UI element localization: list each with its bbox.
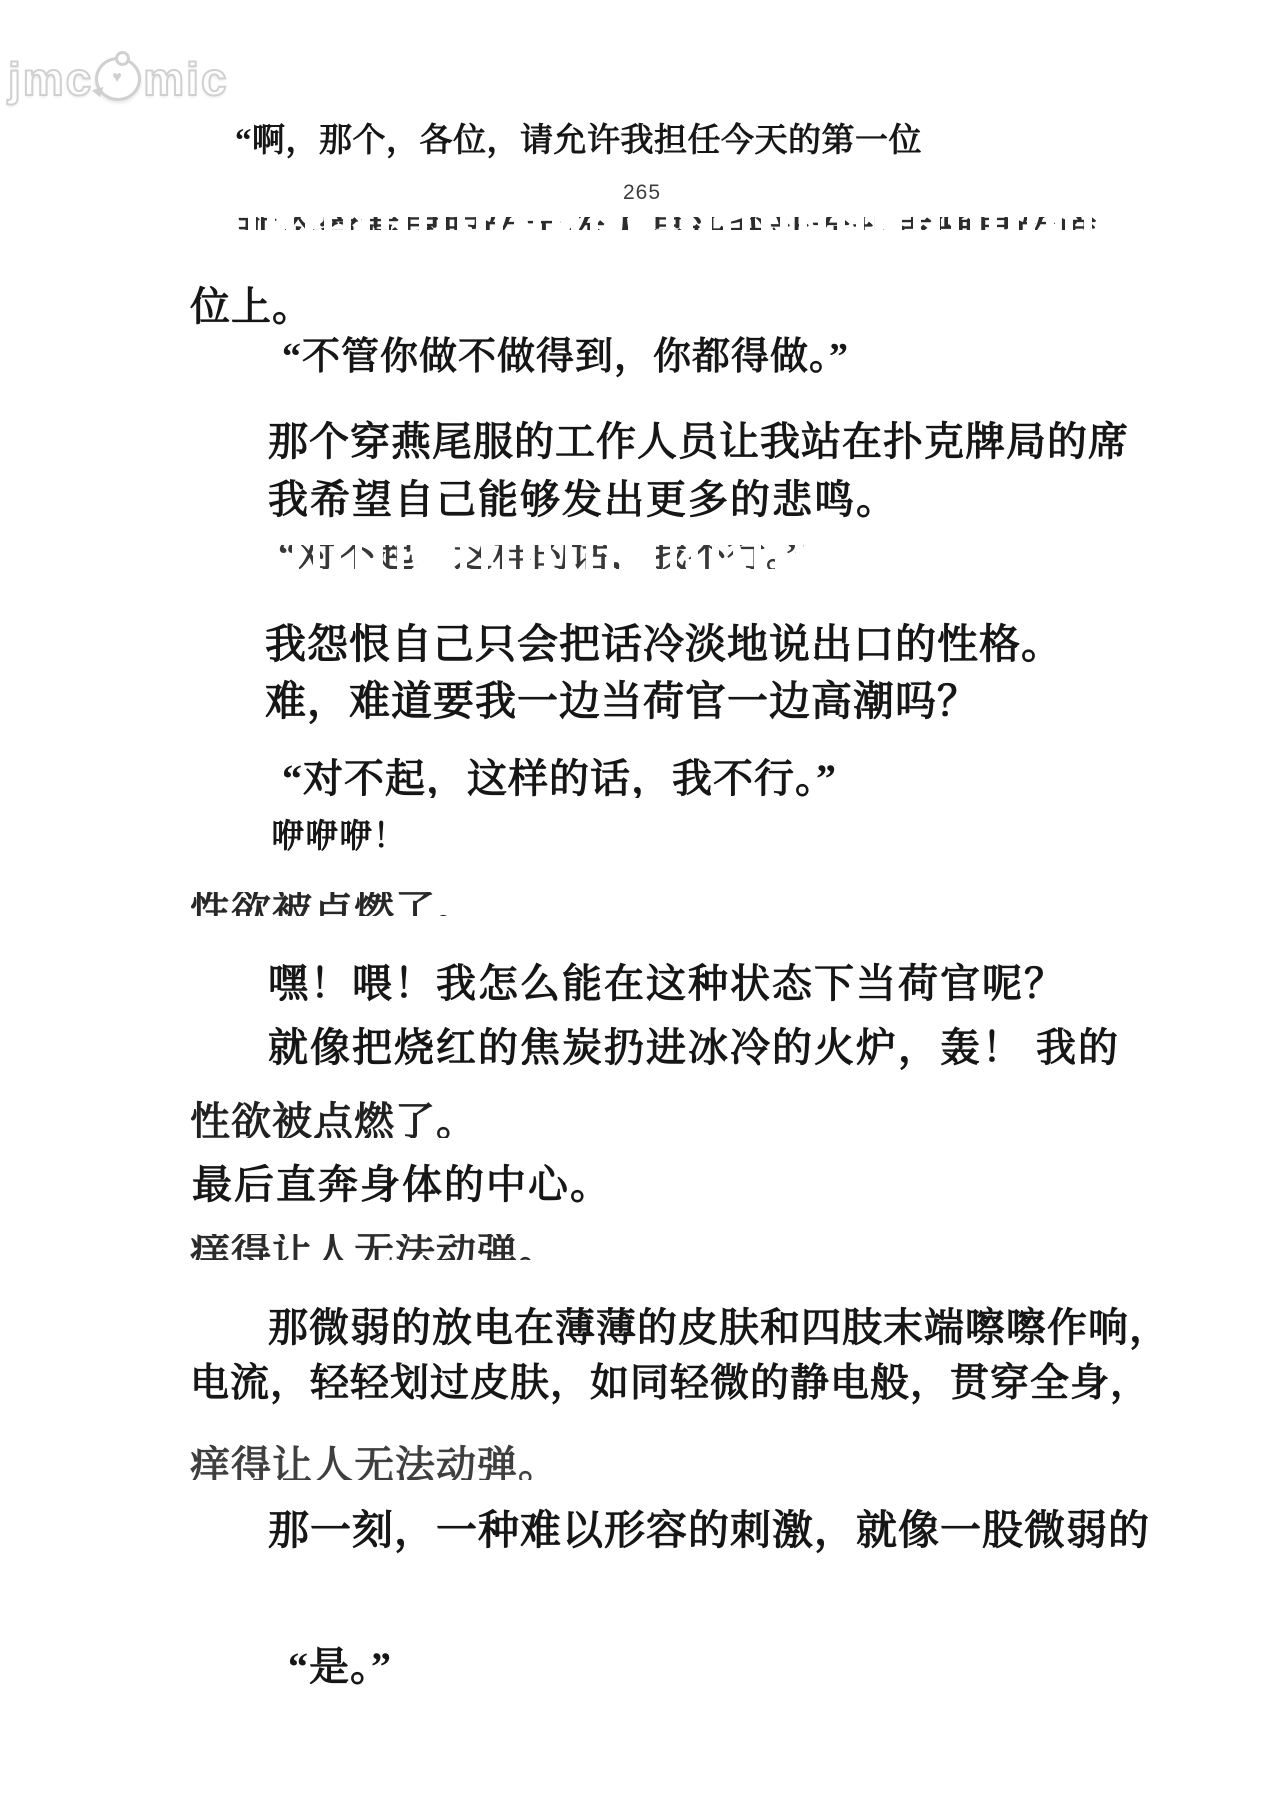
text-line: 那一刻，一种难以形容的刺激，就像一股微弱的 (268, 1508, 1150, 1552)
text-line-content: 痒得让人无法动弹。 (190, 1444, 559, 1480)
text-line: 电流，轻轻划过皮肤，如同轻微的静电般，贯穿全身， (190, 1363, 1150, 1405)
bird-mascot-icon: ♥ (95, 57, 141, 101)
text-line: 我怨恨自己只会把话冷淡地说出口的性格。 (265, 622, 1063, 666)
text-line: 性欲被点燃了。 (190, 1100, 477, 1138)
degraded-text-line: “对不起，这样的话，我不行。” (278, 545, 918, 569)
degraded-text-line: 性欲被点燃了。 (190, 892, 1090, 916)
text-line: 那个穿燕尾服的工作人员让我站在扑克牌局的席 (268, 420, 1129, 463)
watermark-text-right: mic (143, 52, 228, 106)
text-line: 咿咿咿！ (271, 820, 407, 856)
text-line: “对不起，这样的话，我不行。” (282, 757, 837, 798)
text-line-content: 性欲被点燃了。 (190, 1100, 477, 1138)
degraded-text-fragment: 性欲被点燃了。 (190, 892, 1090, 916)
text-line: 我希望自己能够发出更多的悲鸣。 (268, 478, 898, 521)
degraded-text-fragment: 痒得让人无法动弹。 (190, 1234, 710, 1260)
text-line: 就像把烧红的焦炭扔进冰冷的火炉，轰！ 我的 (268, 1026, 1120, 1069)
text-line: “不管你做不做得到，你都得做。” (282, 337, 849, 378)
novel-page: jmc ♥ mic 265 “啊，那个，各位，请允许我担任今天的第一位 那个穿燕… (0, 0, 1280, 1810)
degraded-text-line: 痒得让人无法动弹。 (190, 1234, 710, 1260)
heart-icon: ♥ (112, 70, 124, 86)
text-line: 那微弱的放电在薄薄的皮肤和四肢末端嚓嚓作响， (268, 1306, 1170, 1349)
text-line: 难，难道要我一边当荷官一边高潮吗？ (265, 679, 979, 723)
degraded-text-fragment: “对不起，这样的话，我不行。” (278, 545, 918, 569)
text-line: “是。” (288, 1645, 392, 1688)
watermark-text-left: jmc (8, 52, 93, 106)
degraded-text-fragment: 那个穿燕尾服的工作人员让我站在扑克牌局的席 (237, 217, 1157, 230)
text-line-content: “对不起，这样的话，我不行。” (282, 757, 837, 798)
watermark-logo: jmc ♥ mic (8, 52, 229, 106)
text-line: 位上。 (190, 285, 313, 328)
text-line: 痒得让人无法动弹。 (190, 1444, 559, 1480)
text-line: 最后直奔身体的中心。 (192, 1163, 612, 1206)
page-number: 265 (612, 181, 672, 205)
text-line: 嘿！喂！我怎么能在这种状态下当荷官呢？ (268, 962, 1066, 1005)
degraded-text-line: 那个穿燕尾服的工作人员让我站在扑克牌局的席 (237, 217, 1157, 230)
text-line: “啊，那个，各位，请允许我担任今天的第一位 (235, 124, 922, 160)
